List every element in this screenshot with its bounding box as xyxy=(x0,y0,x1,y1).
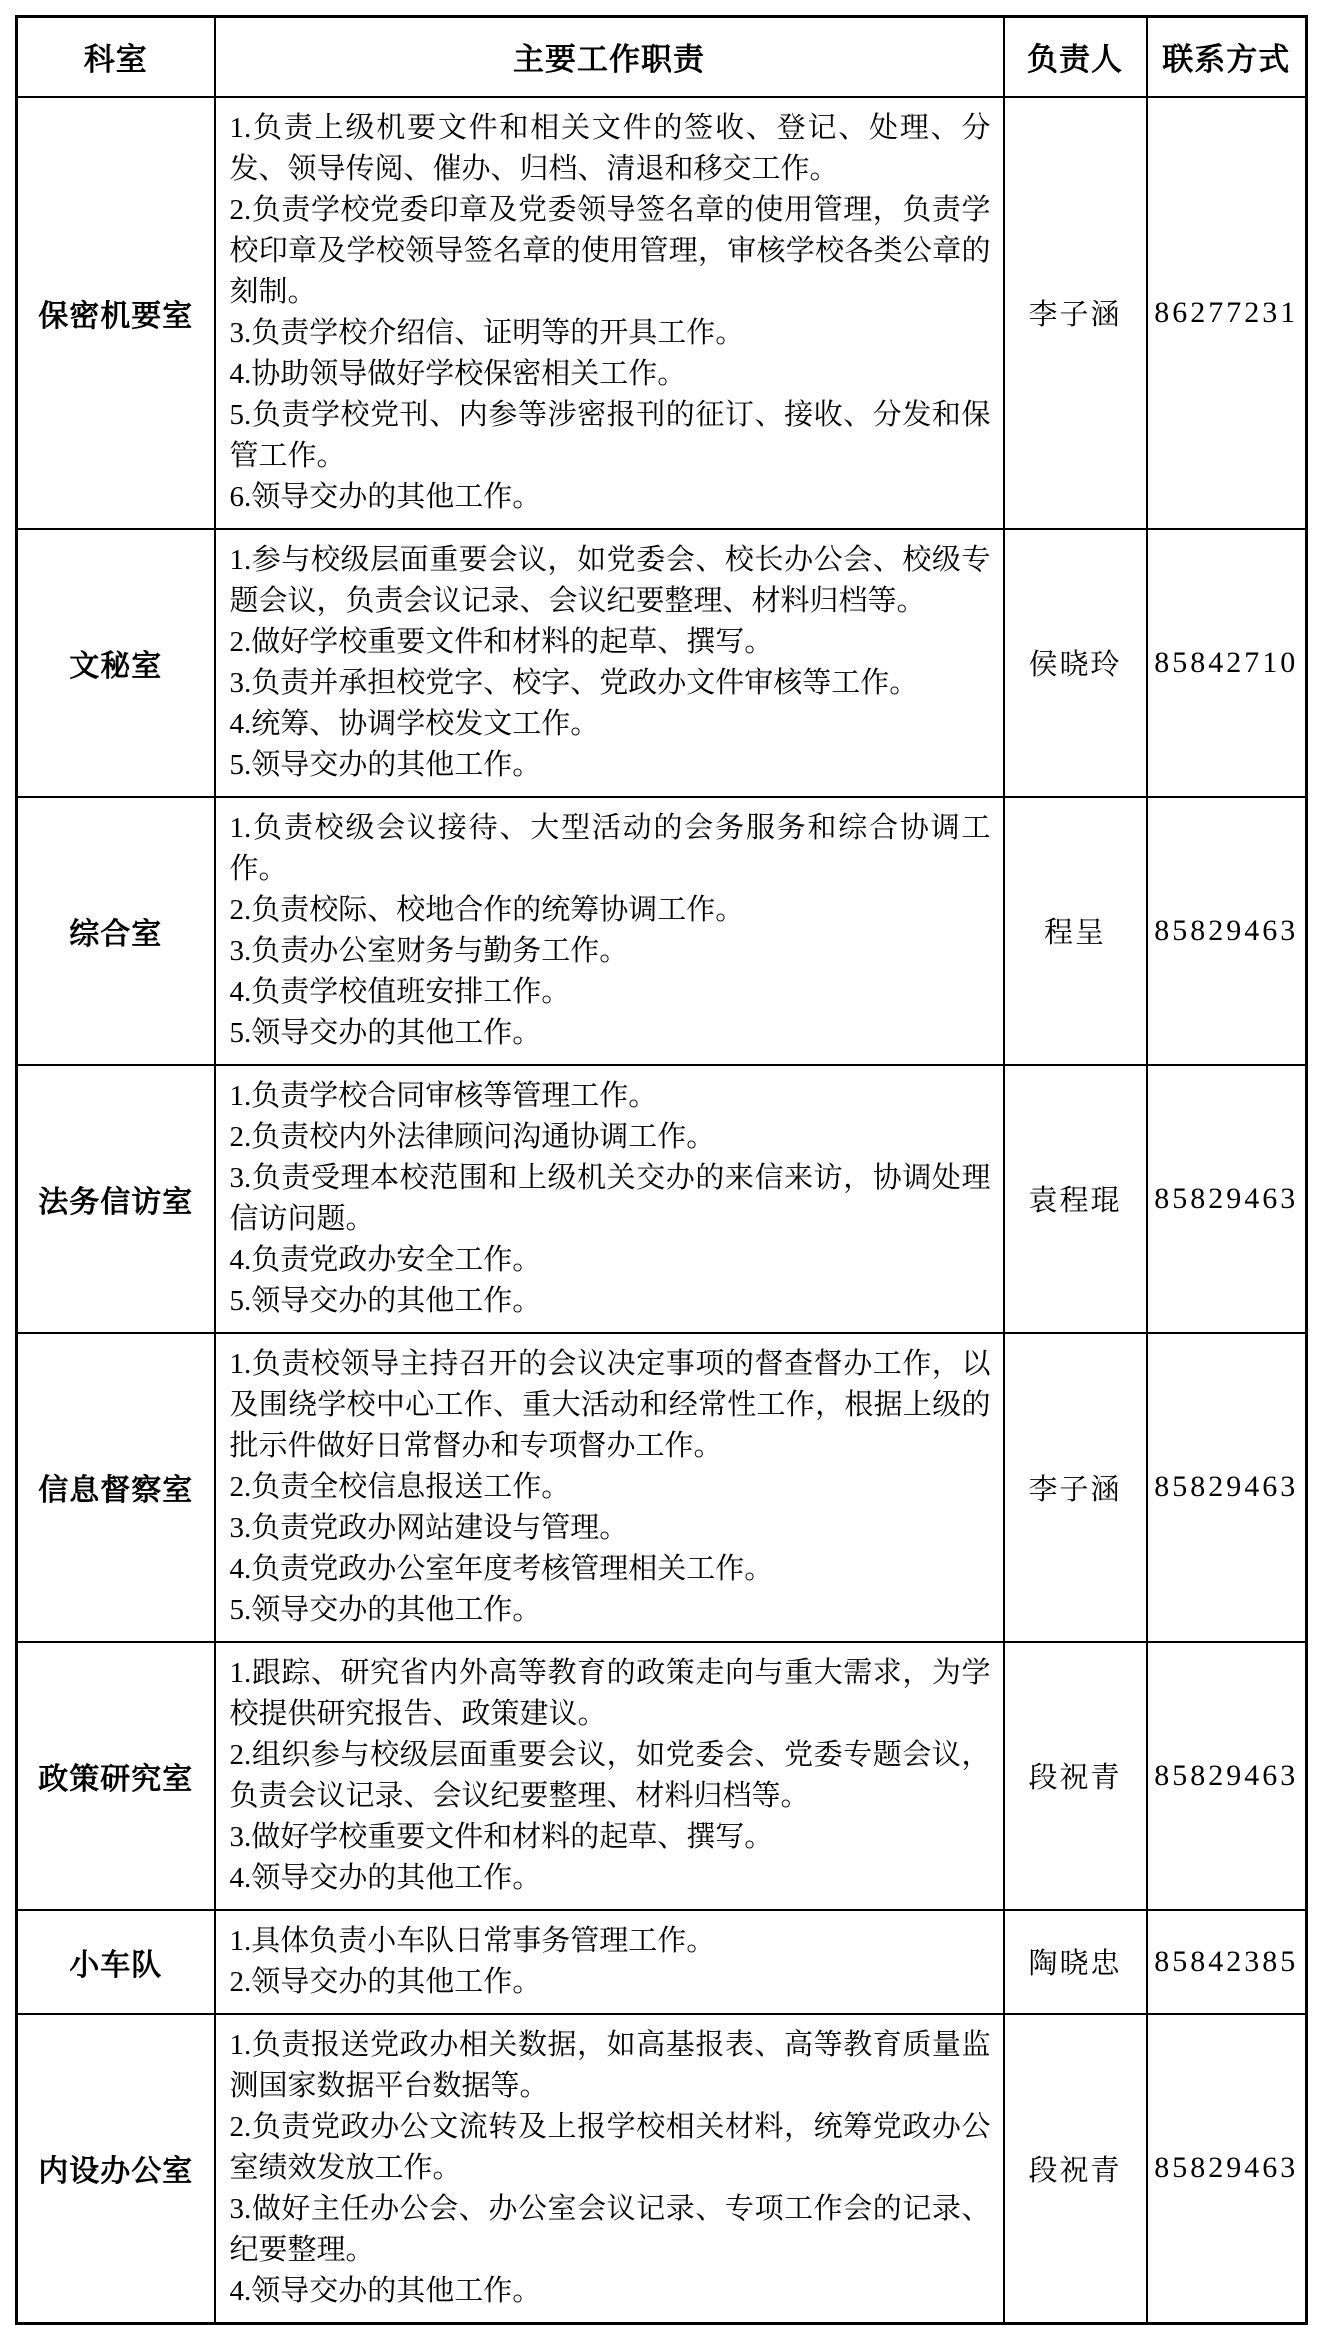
duty-item: 3.做好主任办公会、办公室会议记录、专项工作会的记录、纪要整理。 xyxy=(230,2189,991,2271)
dept-name: 文秘室 xyxy=(17,529,215,797)
phone-number: 85829463 xyxy=(1147,1065,1307,1333)
table-row: 内设办公室 1.负责报送党政办相关数据，如高基报表、高等教育质量监测国家数据平台… xyxy=(17,2014,1307,2324)
duty-item: 4.负责党政办安全工作。 xyxy=(230,1240,991,1281)
person-name: 袁程琨 xyxy=(1004,1065,1147,1333)
duties-cell: 1.负责学校合同审核等管理工作。 2.负责校内外法律顾问沟通协调工作。 3.负责… xyxy=(215,1065,1004,1333)
duty-item: 1.具体负责小车队日常事务管理工作。 xyxy=(230,1921,991,1962)
duty-item: 5.领导交办的其他工作。 xyxy=(230,745,991,786)
dept-name: 综合室 xyxy=(17,797,215,1065)
duty-item: 1.负责报送党政办相关数据，如高基报表、高等教育质量监测国家数据平台数据等。 xyxy=(230,2025,991,2107)
duty-item: 3.负责党政办网站建设与管理。 xyxy=(230,1508,991,1549)
table-row: 小车队 1.具体负责小车队日常事务管理工作。 2.领导交办的其他工作。 陶晓忠 … xyxy=(17,1910,1307,2014)
duty-item: 2.做好学校重要文件和材料的起草、撰写。 xyxy=(230,622,991,663)
phone-number: 85842710 xyxy=(1147,529,1307,797)
duty-item: 4.负责党政办公室年度考核管理相关工作。 xyxy=(230,1549,991,1590)
phone-number: 85842385 xyxy=(1147,1910,1307,2014)
duty-item: 6.领导交办的其他工作。 xyxy=(230,477,991,518)
header-person: 负责人 xyxy=(1004,17,1147,97)
table-row: 综合室 1.负责校级会议接待、大型活动的会务服务和综合协调工作。 2.负责校际、… xyxy=(17,797,1307,1065)
duty-item: 2.领导交办的其他工作。 xyxy=(230,1962,991,2003)
duty-item: 3.做好学校重要文件和材料的起草、撰写。 xyxy=(230,1817,991,1858)
table-row: 政策研究室 1.跟踪、研究省内外高等教育的政策走向与重大需求，为学校提供研究报告… xyxy=(17,1642,1307,1910)
duty-item: 3.负责受理本校范围和上级机关交办的来信来访，协调处理信访问题。 xyxy=(230,1158,991,1240)
duty-item: 1.参与校级层面重要会议，如党委会、校长办公会、校级专题会议，负责会议记录、会议… xyxy=(230,540,991,622)
phone-number: 85829463 xyxy=(1147,1333,1307,1642)
duty-item: 1.负责校级会议接待、大型活动的会务服务和综合协调工作。 xyxy=(230,808,991,890)
duties-cell: 1.负责上级机要文件和相关文件的签收、登记、处理、分发、领导传阅、催办、归档、清… xyxy=(215,97,1004,529)
duties-cell: 1.负责校领导主持召开的会议决定事项的督查督办工作，以及围绕学校中心工作、重大活… xyxy=(215,1333,1004,1642)
duty-item: 1.负责校领导主持召开的会议决定事项的督查督办工作，以及围绕学校中心工作、重大活… xyxy=(230,1344,991,1467)
duty-item: 1.跟踪、研究省内外高等教育的政策走向与重大需求，为学校提供研究报告、政策建议。 xyxy=(230,1653,991,1735)
duties-cell: 1.具体负责小车队日常事务管理工作。 2.领导交办的其他工作。 xyxy=(215,1910,1004,2014)
header-duties: 主要工作职责 xyxy=(215,17,1004,97)
duty-item: 4.负责学校值班安排工作。 xyxy=(230,972,991,1013)
department-duty-table: 科室 主要工作职责 负责人 联系方式 保密机要室 1.负责上级机要文件和相关文件… xyxy=(15,15,1308,2325)
duty-item: 3.负责办公室财务与勤务工作。 xyxy=(230,931,991,972)
person-name: 段祝青 xyxy=(1004,1642,1147,1910)
duty-item: 3.负责学校介绍信、证明等的开具工作。 xyxy=(230,313,991,354)
duties-cell: 1.跟踪、研究省内外高等教育的政策走向与重大需求，为学校提供研究报告、政策建议。… xyxy=(215,1642,1004,1910)
duties-cell: 1.负责校级会议接待、大型活动的会务服务和综合协调工作。 2.负责校际、校地合作… xyxy=(215,797,1004,1065)
person-name: 程呈 xyxy=(1004,797,1147,1065)
person-name: 陶晓忠 xyxy=(1004,1910,1147,2014)
person-name: 李子涵 xyxy=(1004,97,1147,529)
table-row: 信息督察室 1.负责校领导主持召开的会议决定事项的督查督办工作，以及围绕学校中心… xyxy=(17,1333,1307,1642)
phone-number: 85829463 xyxy=(1147,1642,1307,1910)
table-row: 文秘室 1.参与校级层面重要会议，如党委会、校长办公会、校级专题会议，负责会议记… xyxy=(17,529,1307,797)
header-dept: 科室 xyxy=(17,17,215,97)
duty-item: 4.领导交办的其他工作。 xyxy=(230,1858,991,1899)
dept-name: 小车队 xyxy=(17,1910,215,2014)
table-row: 法务信访室 1.负责学校合同审核等管理工作。 2.负责校内外法律顾问沟通协调工作… xyxy=(17,1065,1307,1333)
dept-name: 保密机要室 xyxy=(17,97,215,529)
duty-item: 2.负责校际、校地合作的统筹协调工作。 xyxy=(230,890,991,931)
duties-cell: 1.参与校级层面重要会议，如党委会、校长办公会、校级专题会议，负责会议记录、会议… xyxy=(215,529,1004,797)
dept-name: 信息督察室 xyxy=(17,1333,215,1642)
header-phone: 联系方式 xyxy=(1147,17,1307,97)
dept-name: 法务信访室 xyxy=(17,1065,215,1333)
duty-item: 2.负责党政办公文流转及上报学校相关材料，统筹党政办公室绩效发放工作。 xyxy=(230,2107,991,2189)
duties-cell: 1.负责报送党政办相关数据，如高基报表、高等教育质量监测国家数据平台数据等。 2… xyxy=(215,2014,1004,2324)
phone-number: 85829463 xyxy=(1147,2014,1307,2324)
page: 科室 主要工作职责 负责人 联系方式 保密机要室 1.负责上级机要文件和相关文件… xyxy=(0,0,1320,2250)
phone-number: 86277231 xyxy=(1147,97,1307,529)
duty-item: 4.领导交办的其他工作。 xyxy=(230,2271,991,2312)
table-header-row: 科室 主要工作职责 负责人 联系方式 xyxy=(17,17,1307,97)
duty-item: 5.负责学校党刊、内参等涉密报刊的征订、接收、分发和保管工作。 xyxy=(230,395,991,477)
duty-item: 1.负责学校合同审核等管理工作。 xyxy=(230,1076,991,1117)
dept-name: 内设办公室 xyxy=(17,2014,215,2324)
duty-item: 2.负责校内外法律顾问沟通协调工作。 xyxy=(230,1117,991,1158)
duty-item: 4.统筹、协调学校发文工作。 xyxy=(230,704,991,745)
person-name: 段祝青 xyxy=(1004,2014,1147,2324)
duty-item: 2.负责学校党委印章及党委领导签名章的使用管理，负责学校印章及学校领导签名章的使… xyxy=(230,190,991,313)
person-name: 李子涵 xyxy=(1004,1333,1147,1642)
table-row: 保密机要室 1.负责上级机要文件和相关文件的签收、登记、处理、分发、领导传阅、催… xyxy=(17,97,1307,529)
person-name: 侯晓玲 xyxy=(1004,529,1147,797)
phone-number: 85829463 xyxy=(1147,797,1307,1065)
duty-item: 5.领导交办的其他工作。 xyxy=(230,1281,991,1322)
duty-item: 5.领导交办的其他工作。 xyxy=(230,1013,991,1054)
duty-item: 3.负责并承担校党字、校字、党政办文件审核等工作。 xyxy=(230,663,991,704)
duty-item: 5.领导交办的其他工作。 xyxy=(230,1590,991,1631)
duty-item: 4.协助领导做好学校保密相关工作。 xyxy=(230,354,991,395)
duty-item: 1.负责上级机要文件和相关文件的签收、登记、处理、分发、领导传阅、催办、归档、清… xyxy=(230,108,991,190)
dept-name: 政策研究室 xyxy=(17,1642,215,1910)
duty-item: 2.组织参与校级层面重要会议，如党委会、党委专题会议，负责会议记录、会议纪要整理… xyxy=(230,1735,991,1817)
duty-item: 2.负责全校信息报送工作。 xyxy=(230,1467,991,1508)
